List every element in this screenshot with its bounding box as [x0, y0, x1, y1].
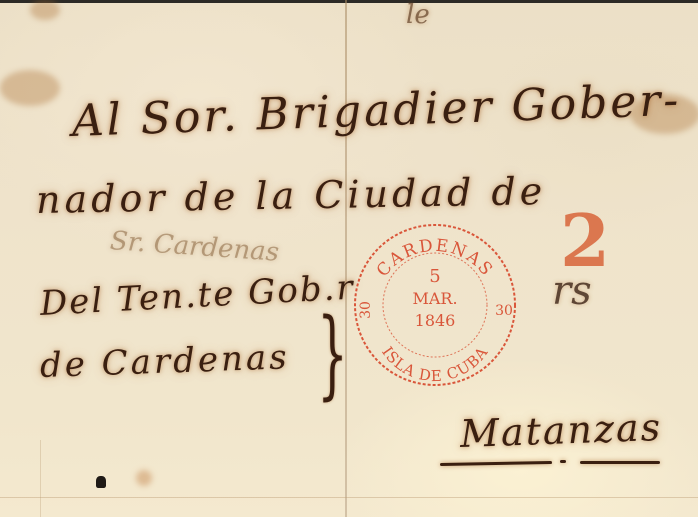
ink-burn-stain	[30, 0, 60, 20]
destination-underline	[440, 461, 552, 466]
brace-flourish: }	[317, 298, 348, 410]
sender-line-1: Del Ten.te Gob.r	[39, 268, 356, 324]
svg-text:1846: 1846	[415, 311, 456, 330]
top-handwriting-fragment: le	[406, 0, 430, 30]
svg-text:5: 5	[429, 266, 440, 287]
address-line-2: nador de la Ciudad de	[36, 169, 547, 222]
svg-text:ISLA DE CUBA: ISLA DE CUBA	[378, 343, 492, 385]
vertical-fold-line	[345, 0, 347, 517]
foxing-spot	[136, 470, 152, 486]
svg-text:MAR.: MAR.	[412, 289, 457, 308]
ink-burn-stain	[0, 70, 60, 106]
destination-underline-tail	[580, 461, 660, 464]
ink-blot	[96, 476, 106, 488]
top-edge	[0, 0, 698, 3]
postal-cover: le Al Sor. Brigadier Gober- nador de la …	[0, 0, 698, 517]
address-line-1: Al Sor. Brigadier Gober-	[71, 75, 682, 147]
svg-text:30: 30	[495, 303, 513, 319]
horizontal-fold-line	[0, 497, 698, 498]
destination-city: Matanzas	[459, 405, 663, 456]
faint-offset-text: Sr. Cardenas	[109, 226, 280, 268]
rate-marking-ink: rs	[552, 268, 592, 314]
postmark-circle-icon: CARDENAS ISLA DE CUBA 5 MAR. 1846 30 30	[352, 222, 518, 388]
svg-text:30: 30	[358, 301, 374, 319]
edge-fold-line	[40, 440, 41, 517]
sender-line-2: de Cardenas	[39, 337, 290, 386]
postmark: CARDENAS ISLA DE CUBA 5 MAR. 1846 30 30	[352, 222, 518, 388]
underline-dot	[560, 460, 566, 463]
